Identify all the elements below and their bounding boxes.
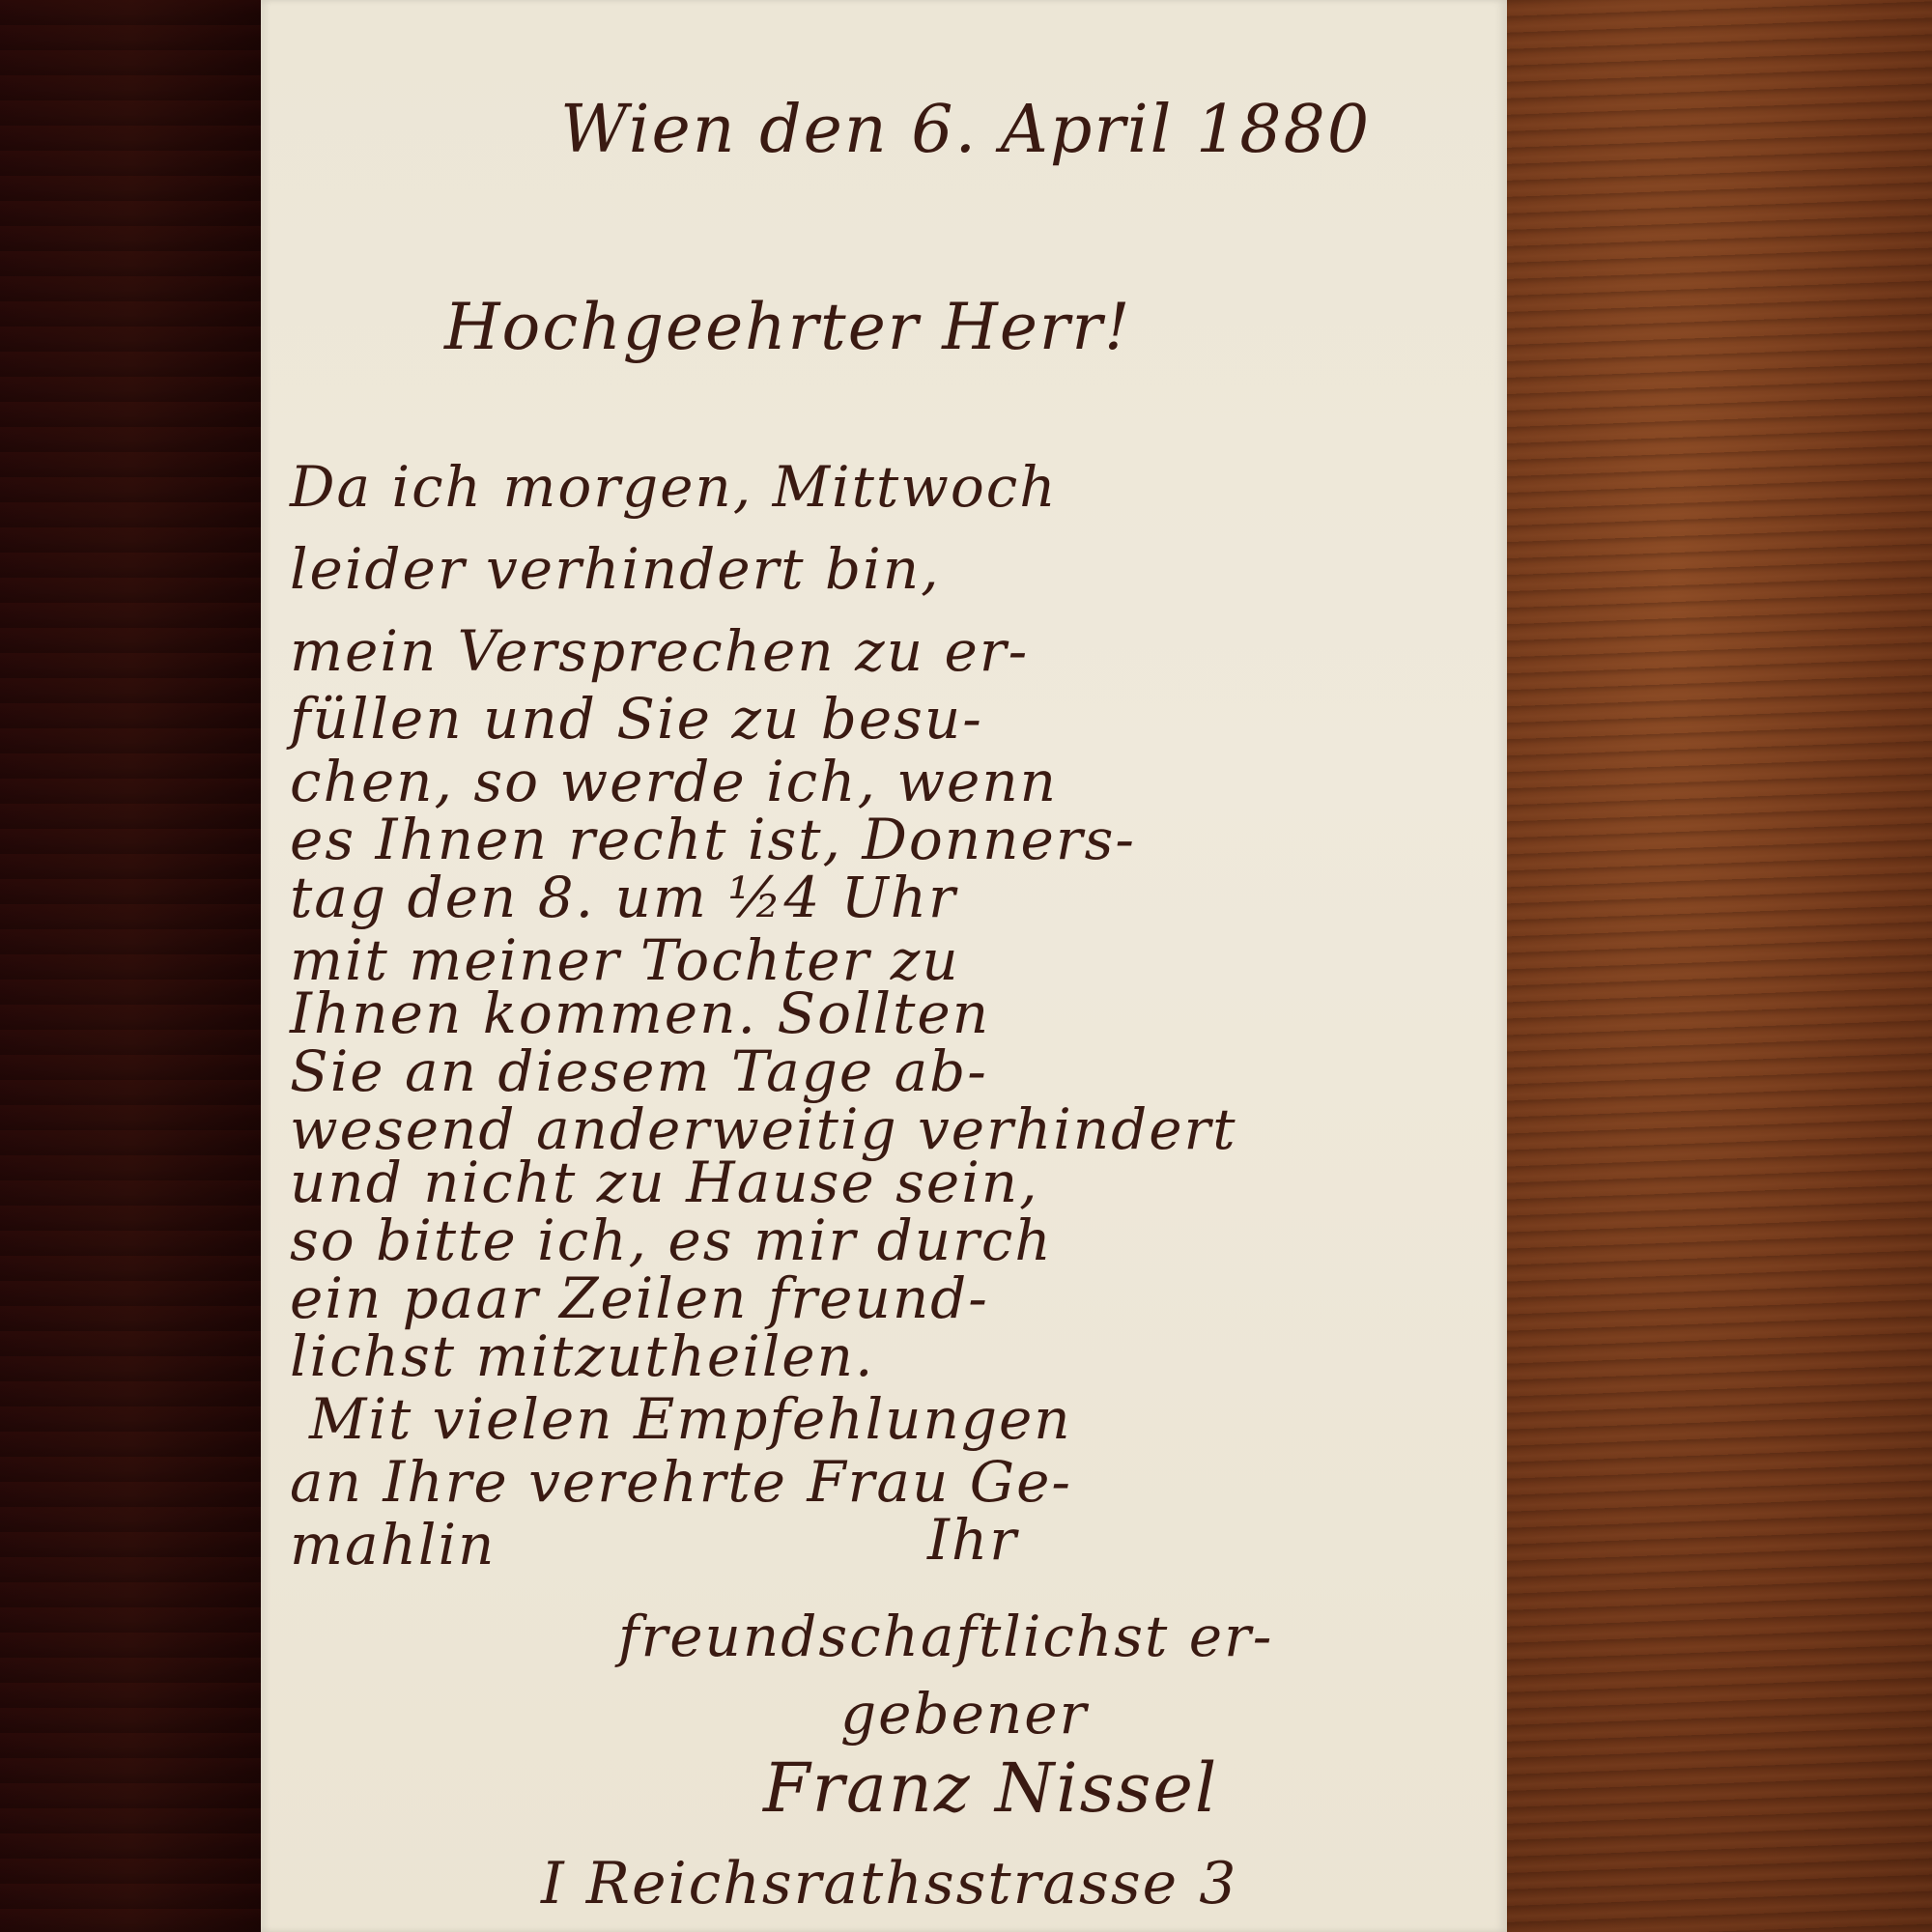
body-line: es Ihnen recht ist, Donners-: [290, 807, 1136, 872]
body-line: an Ihre verehrte Frau Ge-: [290, 1449, 1072, 1515]
body-line: leider verhindert bin,: [290, 536, 941, 602]
sender-address: I Reichsrathsstrasse 3: [541, 1850, 1237, 1918]
closing-line: gebener: [840, 1681, 1088, 1747]
body-line: chen, so werde ich, wenn: [290, 749, 1058, 814]
body-line: mein Versprechen zu er-: [290, 618, 1029, 684]
body-line: tag den 8. um ½4 Uhr: [290, 865, 957, 930]
letter-salutation: Hochgeehrter Herr!: [444, 290, 1132, 364]
body-line: Da ich morgen, Mittwoch: [290, 454, 1058, 520]
body-line: lichst mitzutheilen.: [290, 1323, 874, 1389]
body-line: Ihnen kommen. Sollten: [290, 980, 990, 1046]
body-line: mahlin: [290, 1512, 496, 1577]
letter-date: Wien den 6. April 1880: [560, 92, 1371, 168]
closing-line: Ihr: [927, 1507, 1018, 1573]
body-line: so bitte ich, es mir durch: [290, 1207, 1053, 1273]
closing-line: freundschaftlichst er-: [618, 1604, 1273, 1669]
signature: Franz Nissel: [763, 1748, 1218, 1828]
body-line: ein paar Zeilen freund-: [290, 1265, 989, 1331]
body-line: und nicht zu Hause sein,: [290, 1150, 1039, 1215]
body-line: füllen und Sie zu besu-: [290, 686, 983, 752]
wooden-table-right: [1502, 0, 1932, 1932]
wooden-table-left: [0, 0, 263, 1932]
body-line: Mit vielen Empfehlungen: [309, 1386, 1072, 1452]
body-line: Sie an diesem Tage ab-: [290, 1038, 988, 1104]
